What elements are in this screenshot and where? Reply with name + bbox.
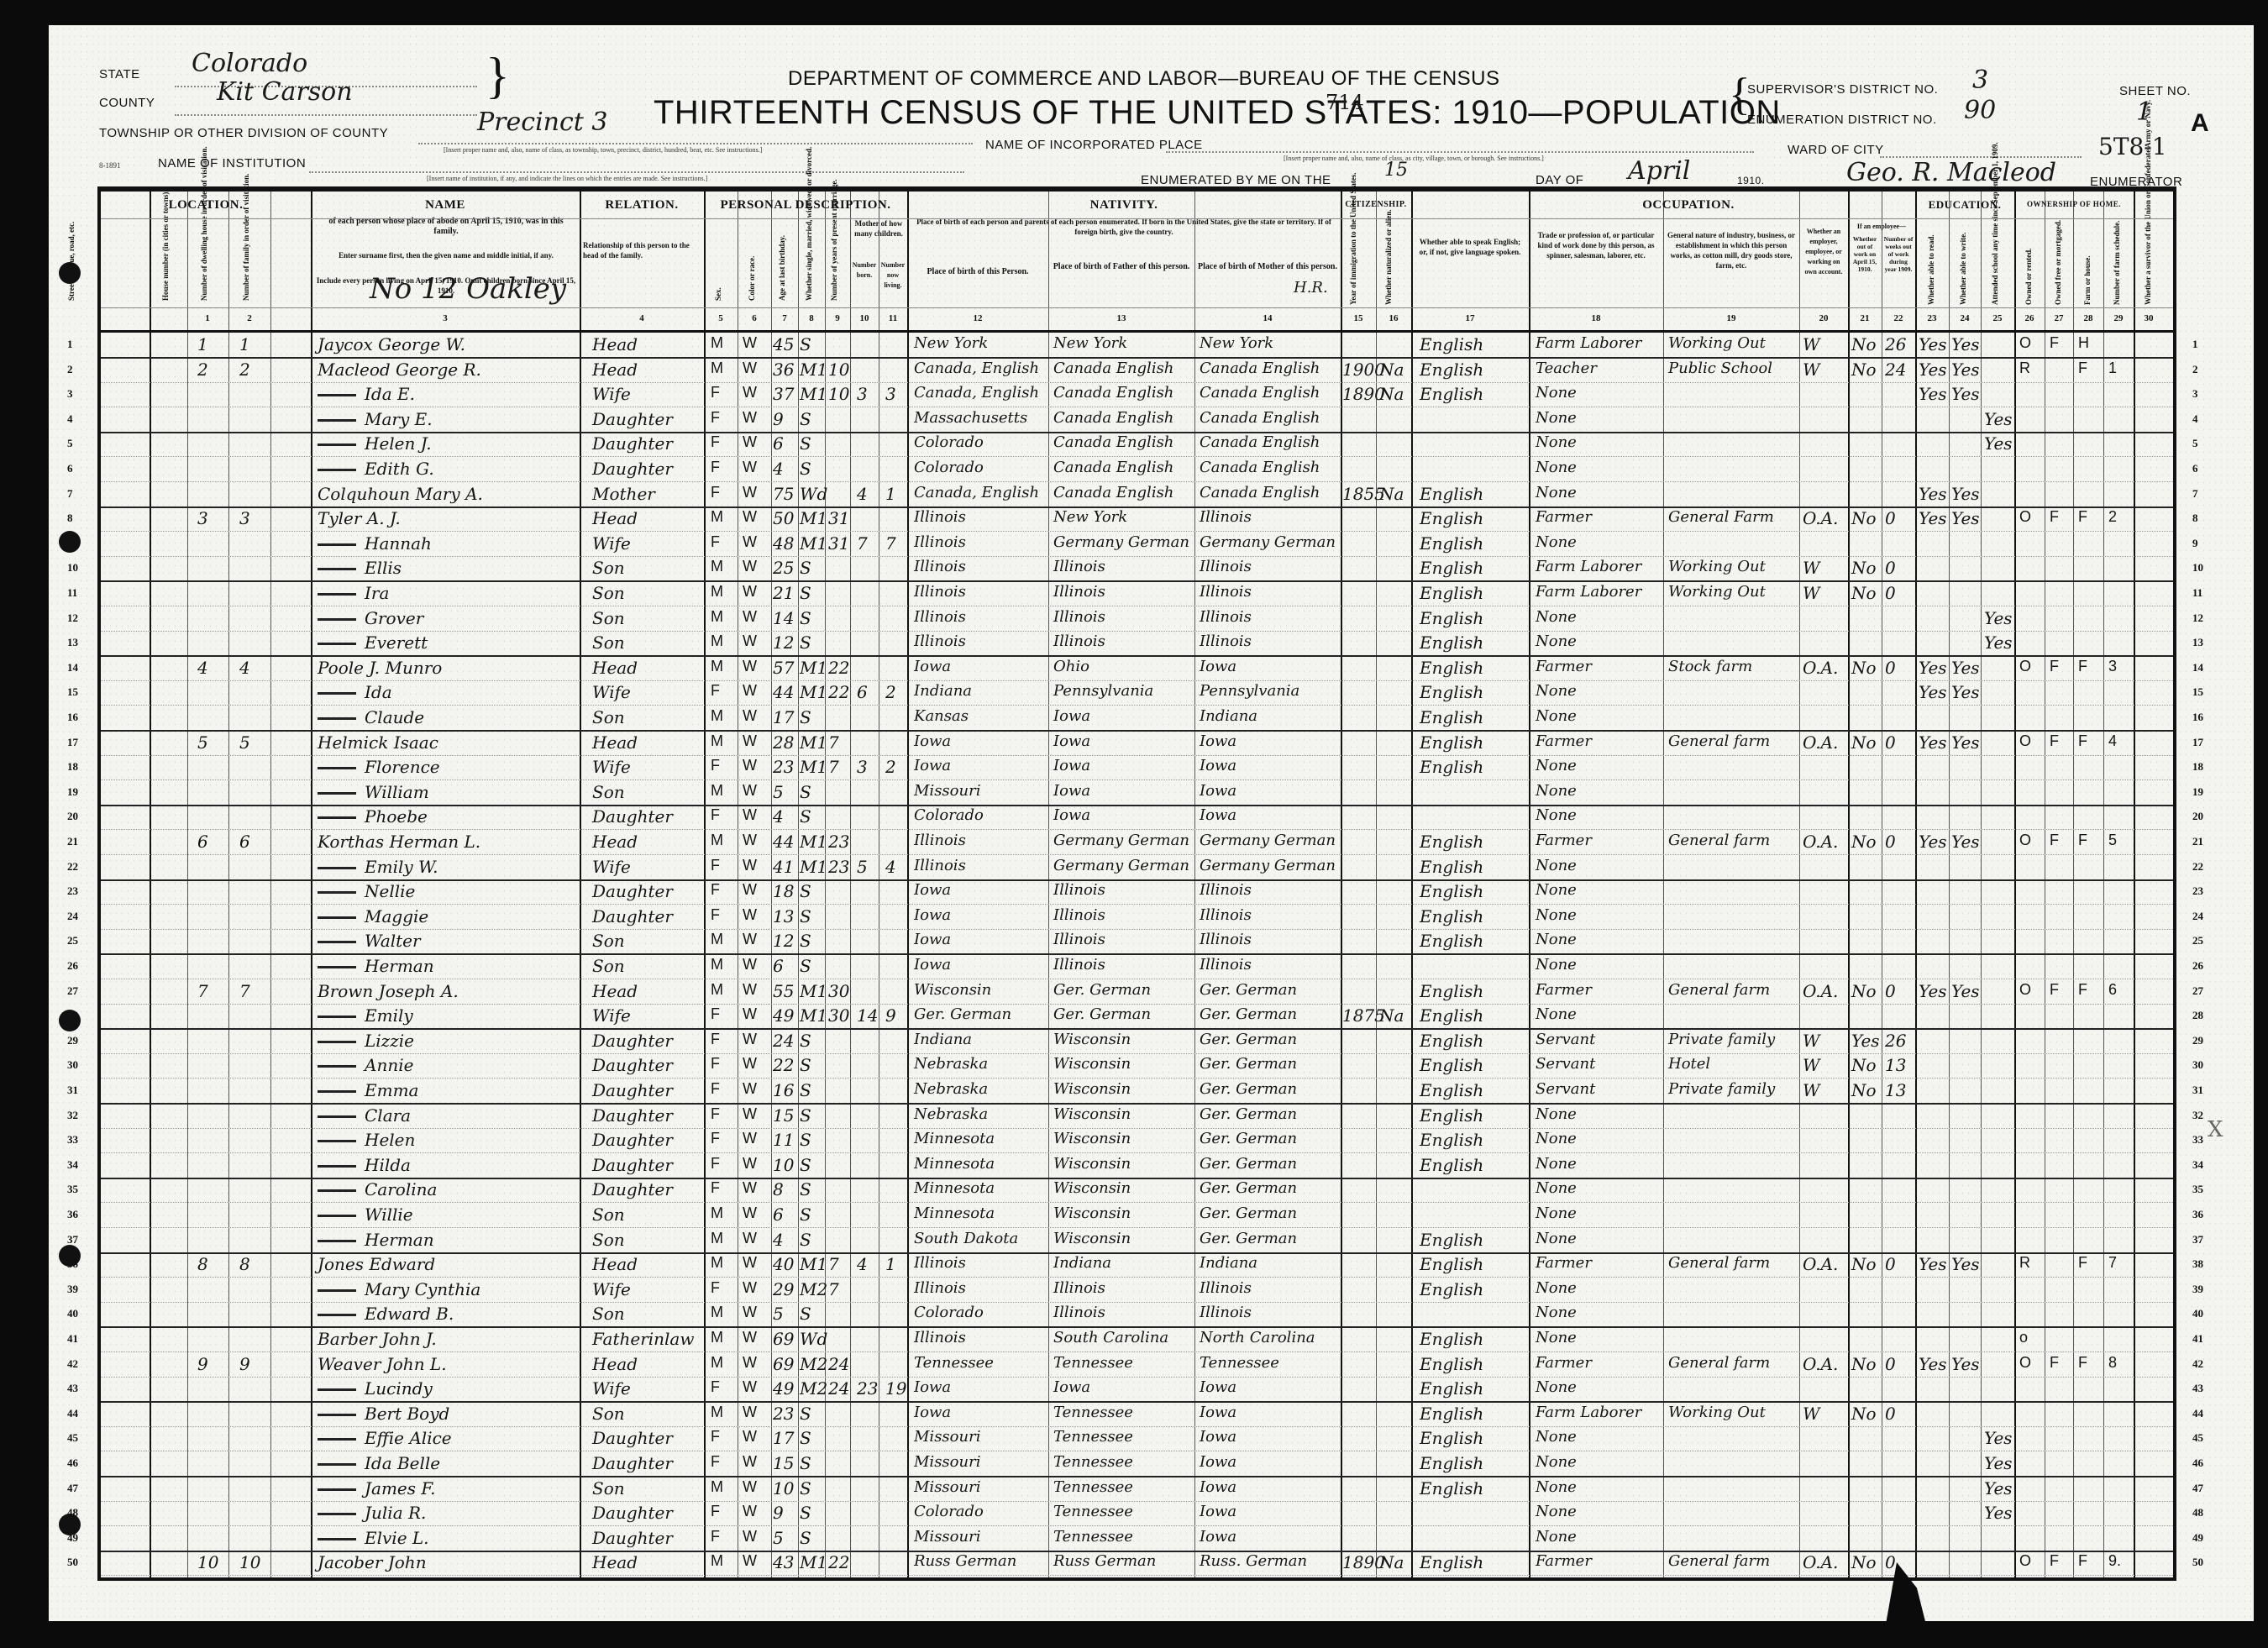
line-number: 23: [2192, 884, 2203, 898]
person-name: Phoebe: [318, 806, 428, 827]
industry: Hotel: [1668, 1055, 1710, 1073]
mother-birthplace: Germany German: [1200, 857, 1336, 874]
family-number: 7: [239, 981, 250, 1001]
surname: Tyler: [318, 508, 361, 528]
ditto-dash: [318, 1414, 356, 1416]
employment-class: O.A.: [1803, 832, 1838, 852]
father-birthplace: Tennessee: [1053, 1503, 1133, 1520]
relation: Wife: [592, 1279, 631, 1299]
table-row: 1515IdaWifeFW44M12262IndianaPennsylvania…: [101, 680, 2173, 706]
person-name: Effie Alice: [318, 1428, 452, 1448]
line-number: 1: [2192, 338, 2198, 351]
children-born: 7: [857, 533, 868, 554]
marital-status: M1: [800, 533, 827, 554]
race: W: [743, 433, 757, 451]
mother-birthplace: Iowa: [1200, 1503, 1236, 1520]
father-birthplace: Pennsylvania: [1053, 682, 1153, 700]
trade: None: [1536, 682, 1577, 700]
age: 15: [773, 1105, 794, 1126]
age: 37: [773, 384, 794, 404]
farm-house: F: [2078, 1552, 2087, 1570]
race: W: [743, 732, 757, 750]
years-married: 7: [828, 1254, 839, 1274]
line-number: 13: [67, 636, 78, 649]
birthplace: Iowa: [914, 1378, 951, 1396]
father-birthplace: Iowa: [1053, 806, 1090, 824]
person-name: Macleod George R.: [318, 360, 481, 380]
line-number: 25: [67, 934, 78, 947]
table-row: 1010EllisSonMW25SIllinoisIllinoisIllinoi…: [101, 556, 2173, 581]
age: 10: [773, 1478, 794, 1498]
age: 11: [773, 1130, 794, 1150]
age: 41: [773, 857, 794, 877]
employment-class: O.A.: [1803, 981, 1838, 1001]
year: 1910.: [1737, 175, 1765, 186]
person-name: Carolina: [318, 1179, 437, 1199]
trade: None: [1536, 956, 1577, 974]
trade: Farm Laborer: [1536, 583, 1641, 601]
birthplace: Indiana: [914, 1031, 972, 1048]
father-birthplace: Illinois: [1053, 1279, 1105, 1297]
trade: Farmer: [1536, 508, 1592, 526]
given-name: John: [388, 1552, 427, 1572]
children-living: 4: [885, 857, 896, 877]
language: English: [1420, 508, 1483, 528]
state-label: State: [99, 67, 140, 81]
birthplace: Colorado: [914, 806, 984, 824]
mother-birthplace: Canada English: [1200, 360, 1320, 377]
language: English: [1420, 1254, 1483, 1274]
mother-birthplace: Indiana: [1200, 707, 1257, 725]
relation: Son: [592, 583, 625, 603]
employment-class: W: [1803, 334, 1820, 354]
years-married: 30: [828, 1005, 849, 1026]
table-row: 2727Brown Joseph A.77HeadMW55M130Wiscons…: [101, 979, 2173, 1005]
header-race: Color or race.: [748, 242, 756, 301]
family-number: 6: [239, 832, 250, 852]
table-row: 1414Poole J. Munro44HeadMW57M122IowaOhio…: [101, 656, 2173, 681]
column-number: 5: [704, 313, 738, 323]
years-married: 23: [828, 857, 849, 877]
farm-schedule: 3: [2108, 658, 2117, 675]
sex: F: [711, 1378, 720, 1396]
age: 22: [773, 1055, 794, 1075]
ditto-dash: [318, 1488, 356, 1491]
birthplace: Illinois: [914, 583, 966, 601]
table-row: 2626HermanSonMW6SIowaIllinoisIllinoisNon…: [101, 954, 2173, 979]
school-attendance: Yes: [1984, 1503, 2013, 1523]
line-number: 39: [67, 1283, 78, 1296]
farm-house: F: [2078, 1354, 2087, 1372]
person-name: Herman: [318, 956, 434, 976]
birthplace: Canada, English: [914, 484, 1039, 501]
line-number: 42: [2192, 1357, 2203, 1371]
given-name: Ira: [365, 583, 389, 603]
industry: Working Out: [1668, 1404, 1766, 1421]
owned-rented: o: [2019, 1329, 2028, 1346]
can-write: Yes: [1951, 508, 1980, 528]
person-name: Hilda: [318, 1155, 411, 1175]
weeks-out: 13: [1885, 1080, 1906, 1100]
line-number: 46: [67, 1456, 78, 1470]
industry: General farm: [1668, 981, 1770, 999]
father-birthplace: Ohio: [1053, 658, 1089, 675]
birthplace: Nebraska: [914, 1080, 988, 1098]
enumeration-district-label: Enumeration District No.: [1747, 113, 1937, 127]
trade: None: [1536, 1503, 1577, 1520]
line-number: 8: [67, 512, 73, 525]
school-attendance: Yes: [1984, 1453, 2013, 1473]
ditto-dash: [318, 1140, 356, 1142]
line-number: 50: [2192, 1556, 2203, 1569]
industry: Working Out: [1668, 334, 1766, 352]
table-row: 99HannahWifeFW48M13177IllinoisGermany Ge…: [101, 532, 2173, 557]
given-name: Phoebe: [365, 806, 428, 827]
line-number: 2: [2192, 363, 2198, 376]
relation: Son: [592, 1230, 625, 1250]
surname: Jaycox: [318, 334, 373, 354]
relation: Son: [592, 931, 625, 951]
table-row: 3333HelenDaughterFW11SMinnesotaWisconsin…: [101, 1128, 2173, 1153]
age: 9: [773, 409, 784, 429]
line-number: 33: [2192, 1133, 2203, 1147]
given-name: Annie: [365, 1055, 413, 1075]
relation: Daughter: [592, 1130, 673, 1150]
marital-status: M1: [800, 1005, 827, 1026]
person-name: Colquhoun Mary A.: [318, 484, 483, 504]
birthplace: Kansas: [914, 707, 969, 725]
language: English: [1420, 1453, 1483, 1473]
line-number: 12: [2192, 611, 2203, 625]
birthplace: Illinois: [914, 832, 966, 849]
out-of-work: No: [1851, 558, 1877, 578]
father-birthplace: Canada English: [1053, 409, 1173, 427]
person-name: Jacober John: [318, 1552, 427, 1572]
father-birthplace: Canada English: [1053, 360, 1173, 377]
ditto-dash: [318, 767, 356, 769]
dwelling-number: 2: [197, 360, 208, 380]
father-birthplace: Tennessee: [1053, 1354, 1133, 1372]
marital-status: S: [800, 1428, 811, 1448]
given-name: Edward: [369, 1254, 435, 1274]
line-number: 28: [67, 1009, 78, 1022]
years-married: 24: [828, 1378, 849, 1399]
birthplace: South Dakota: [914, 1230, 1018, 1247]
mother-birthplace: Ger. German: [1200, 1155, 1297, 1173]
birthplace: Missouri: [914, 1428, 980, 1446]
employment-class: O.A.: [1803, 1354, 1838, 1374]
header-write: Whether able to write.: [1959, 225, 1967, 305]
father-birthplace: Tennessee: [1053, 1453, 1133, 1471]
line-number: 43: [67, 1382, 78, 1395]
line-number: 24: [67, 910, 78, 923]
trade: None: [1536, 1378, 1577, 1396]
sex: F: [711, 806, 720, 824]
surname: Jones: [318, 1254, 364, 1274]
father-birthplace: Ger. German: [1053, 981, 1151, 999]
marital-status: M2: [800, 1378, 827, 1399]
race: W: [743, 1329, 757, 1346]
person-name: Claude: [318, 707, 424, 727]
given-name: James F.: [365, 1478, 435, 1498]
years-married: 31: [828, 533, 849, 554]
table-row: 4141Barber John J.FatherinlawMW69WdIllin…: [101, 1327, 2173, 1352]
farm-house: F: [2078, 732, 2087, 750]
trade: None: [1536, 857, 1577, 874]
person-name: Willie: [318, 1205, 413, 1225]
weeks-out: 0: [1885, 583, 1896, 603]
ditto-dash: [318, 1314, 356, 1316]
birthplace: Russ German: [914, 1552, 1016, 1570]
margin-code: 5T8-1: [2098, 133, 2167, 160]
father-birthplace: New York: [1053, 334, 1127, 352]
dwelling-number: 5: [197, 732, 208, 753]
mother-birthplace: Iowa: [1200, 757, 1236, 774]
table-row: 4747James F.SonMW10SMissouriTennesseeIow…: [101, 1477, 2173, 1502]
marital-status: M1: [800, 360, 827, 380]
race: W: [743, 360, 757, 377]
language: English: [1420, 906, 1483, 926]
sex: M: [711, 981, 723, 999]
trade: None: [1536, 459, 1577, 476]
mother-birthplace: Ger. German: [1200, 1005, 1297, 1023]
line-number: 27: [67, 984, 78, 998]
farm-schedule: 9.: [2108, 1552, 2121, 1570]
language: English: [1420, 1354, 1483, 1374]
table-row: 2424MaggieDaughterFW13SIowaIllinoisIllin…: [101, 905, 2173, 930]
census-table: LOCATION. NAME RELATION. PERSONAL DESCRI…: [97, 186, 2176, 1581]
given-name: Mary E.: [365, 409, 433, 429]
father-birthplace: Wisconsin: [1053, 1031, 1131, 1048]
relation: Wife: [592, 533, 631, 554]
school-attendance: Yes: [1984, 608, 2013, 628]
marital-status: S: [800, 1055, 811, 1075]
ditto-dash: [318, 1189, 356, 1192]
relation: Head: [592, 1552, 638, 1572]
line-number: 35: [2192, 1183, 2203, 1196]
age: 49: [773, 1378, 794, 1399]
ditto-dash: [318, 593, 356, 596]
race: W: [743, 409, 757, 427]
header-owned-rented: Owned or rented.: [2024, 225, 2033, 305]
father-birthplace: Wisconsin: [1053, 1205, 1131, 1222]
relation: Head: [592, 360, 638, 380]
can-write: Yes: [1951, 682, 1980, 702]
person-name: Maggie: [318, 906, 428, 926]
state-value: Colorado: [192, 49, 307, 78]
person-name: Edward B.: [318, 1304, 454, 1324]
ditto-dash: [318, 443, 356, 446]
sex: M: [711, 1404, 723, 1421]
person-name: Ira: [318, 583, 389, 603]
years-married: 7: [828, 732, 839, 753]
supervisor-district-label: Supervisor's District No.: [1747, 82, 1938, 97]
line-number: 48: [67, 1506, 78, 1519]
relation: Daughter: [592, 1155, 673, 1175]
birthplace: Canada, English: [914, 384, 1039, 402]
children-born: 3: [857, 757, 868, 777]
relation: Son: [592, 1404, 625, 1424]
given-name: Ellis: [365, 558, 402, 578]
line-number: 9: [2192, 537, 2198, 550]
stamp-number: 714: [1326, 91, 1364, 114]
sex: F: [711, 906, 720, 924]
trade: None: [1536, 931, 1577, 948]
father-birthplace: Tennessee: [1053, 1478, 1133, 1496]
person-name: Grover: [318, 608, 423, 628]
line-number: 10: [67, 561, 78, 575]
header-mother-children: Mother of how many children.: [850, 218, 907, 239]
marital-status: S: [800, 1304, 811, 1324]
father-birthplace: South Carolina: [1053, 1329, 1168, 1346]
trade: Farmer: [1536, 732, 1592, 750]
father-birthplace: Iowa: [1053, 1378, 1090, 1396]
marital-status: S: [800, 1105, 811, 1126]
marital-status: S: [800, 956, 811, 976]
table-row: 3535CarolinaDaughterFW8SMinnesotaWiscons…: [101, 1178, 2173, 1203]
relation: Head: [592, 658, 638, 678]
birthplace: Illinois: [914, 558, 966, 575]
years-married: 22: [828, 658, 849, 678]
language: English: [1420, 360, 1483, 380]
relation: Daughter: [592, 906, 673, 926]
trade: None: [1536, 806, 1577, 824]
mother-birthplace: New York: [1200, 334, 1273, 352]
employment-class: O.A.: [1803, 732, 1838, 753]
can-read: Yes: [1919, 682, 1947, 702]
trade: None: [1536, 1453, 1577, 1471]
sex: F: [711, 757, 720, 774]
line-number: 21: [67, 835, 78, 848]
age: 4: [773, 459, 784, 479]
marital-status: S: [800, 1155, 811, 1175]
trade: None: [1536, 881, 1577, 899]
family-number: 10: [239, 1552, 260, 1572]
mother-birthplace: Illinois: [1200, 632, 1252, 650]
owned-rented: O: [2019, 1354, 2031, 1372]
column-number: 16: [1377, 313, 1410, 323]
line-number: 15: [67, 685, 78, 699]
table-row: 55Helen J.DaughterFW6SColoradoCanada Eng…: [101, 432, 2173, 457]
marital-status: S: [800, 1230, 811, 1250]
free-mortgaged: F: [2050, 732, 2059, 750]
marital-status: M1: [800, 832, 827, 852]
birthplace: Iowa: [914, 956, 951, 974]
out-of-work: No: [1851, 1080, 1877, 1100]
birthplace: Nebraska: [914, 1105, 988, 1123]
marital-status: S: [800, 1130, 811, 1150]
language: English: [1420, 484, 1483, 504]
header-street: Street, avenue, road, etc.: [67, 225, 76, 301]
mother-birthplace: Iowa: [1200, 732, 1236, 750]
given-name: Effie Alice: [365, 1428, 452, 1448]
relation: Head: [592, 1254, 638, 1274]
table-row: 3939Mary CynthiaWifeFW29M27IllinoisIllin…: [101, 1278, 2173, 1303]
can-write: Yes: [1951, 1354, 1980, 1374]
age: 49: [773, 1005, 794, 1026]
ditto-dash: [318, 1289, 356, 1292]
father-birthplace: Iowa: [1053, 757, 1090, 774]
column-number: 24: [1948, 313, 1982, 323]
language: English: [1420, 384, 1483, 404]
trade: None: [1536, 1130, 1577, 1147]
column-number: 27: [2042, 313, 2076, 323]
header-name-1: of each person whose place of abode on A…: [316, 217, 576, 237]
language: English: [1420, 1552, 1483, 1572]
given-name: Florence: [365, 757, 440, 777]
age: 69: [773, 1329, 794, 1349]
language: English: [1420, 1404, 1483, 1424]
family-number: 5: [239, 732, 250, 753]
race: W: [743, 1055, 757, 1073]
marital-status: S: [800, 906, 811, 926]
line-number: 45: [67, 1431, 78, 1445]
line-number: 49: [67, 1531, 78, 1545]
line-number: 8: [2192, 512, 2198, 525]
table-row: 1717Helmick Isaac55HeadMW28M17IowaIowaIo…: [101, 731, 2173, 756]
table-row: 4444Bert BoydSonMW23SIowaTennesseeIowaEn…: [101, 1402, 2173, 1427]
township-label: Township or other division of county: [99, 126, 388, 140]
age: 14: [773, 608, 794, 628]
farm-house: F: [2078, 1254, 2087, 1272]
ditto-dash: [318, 543, 356, 546]
header-employer: Whether an employer, employee, or workin…: [1801, 227, 1846, 277]
incorporated-place-label: Name of incorporated place: [985, 138, 1203, 152]
father-birthplace: Canada English: [1053, 459, 1173, 476]
person-name: Lucindy: [318, 1378, 433, 1399]
table-row: 4949Elvie L.DaughterFW5SMissouriTennesse…: [101, 1526, 2173, 1551]
sex: F: [711, 1105, 720, 1123]
age: 5: [773, 1304, 784, 1324]
header-if-employee: If an employee—: [1848, 222, 1915, 232]
person-name: James F.: [318, 1478, 435, 1498]
line-number: 2: [67, 363, 73, 376]
employment-class: W: [1803, 558, 1820, 578]
race: W: [743, 1528, 757, 1546]
marital-status: Wd: [800, 1329, 827, 1349]
line-number: 26: [2192, 959, 2203, 973]
mother-birthplace: North Carolina: [1200, 1329, 1315, 1346]
column-number: 29: [2102, 313, 2135, 323]
children-born: 4: [857, 484, 868, 504]
line-number: 34: [67, 1158, 78, 1172]
mother-birthplace: Illinois: [1200, 906, 1252, 924]
race: W: [743, 508, 757, 526]
surname: Macleod: [318, 360, 391, 380]
sex: M: [711, 931, 723, 948]
column-number: 21: [1848, 313, 1882, 323]
language: English: [1420, 334, 1483, 354]
father-birthplace: Iowa: [1053, 732, 1090, 750]
person-name: Florence: [318, 757, 440, 777]
can-write: Yes: [1951, 658, 1980, 678]
line-number: 42: [67, 1357, 78, 1371]
birthplace: Wisconsin: [914, 981, 991, 999]
ditto-dash: [318, 568, 356, 570]
father-birthplace: New York: [1053, 508, 1127, 526]
ditto-dash: [318, 1065, 356, 1068]
race: W: [743, 484, 757, 501]
children-born: 3: [857, 384, 868, 404]
sex: F: [711, 1528, 720, 1546]
industry: Private family: [1668, 1080, 1775, 1098]
race: W: [743, 832, 757, 849]
can-write: Yes: [1951, 384, 1980, 404]
line-number: 24: [2192, 910, 2203, 923]
trade: None: [1536, 782, 1577, 800]
mother-birthplace: Illinois: [1200, 881, 1252, 899]
farm-schedule: 6: [2108, 981, 2117, 999]
